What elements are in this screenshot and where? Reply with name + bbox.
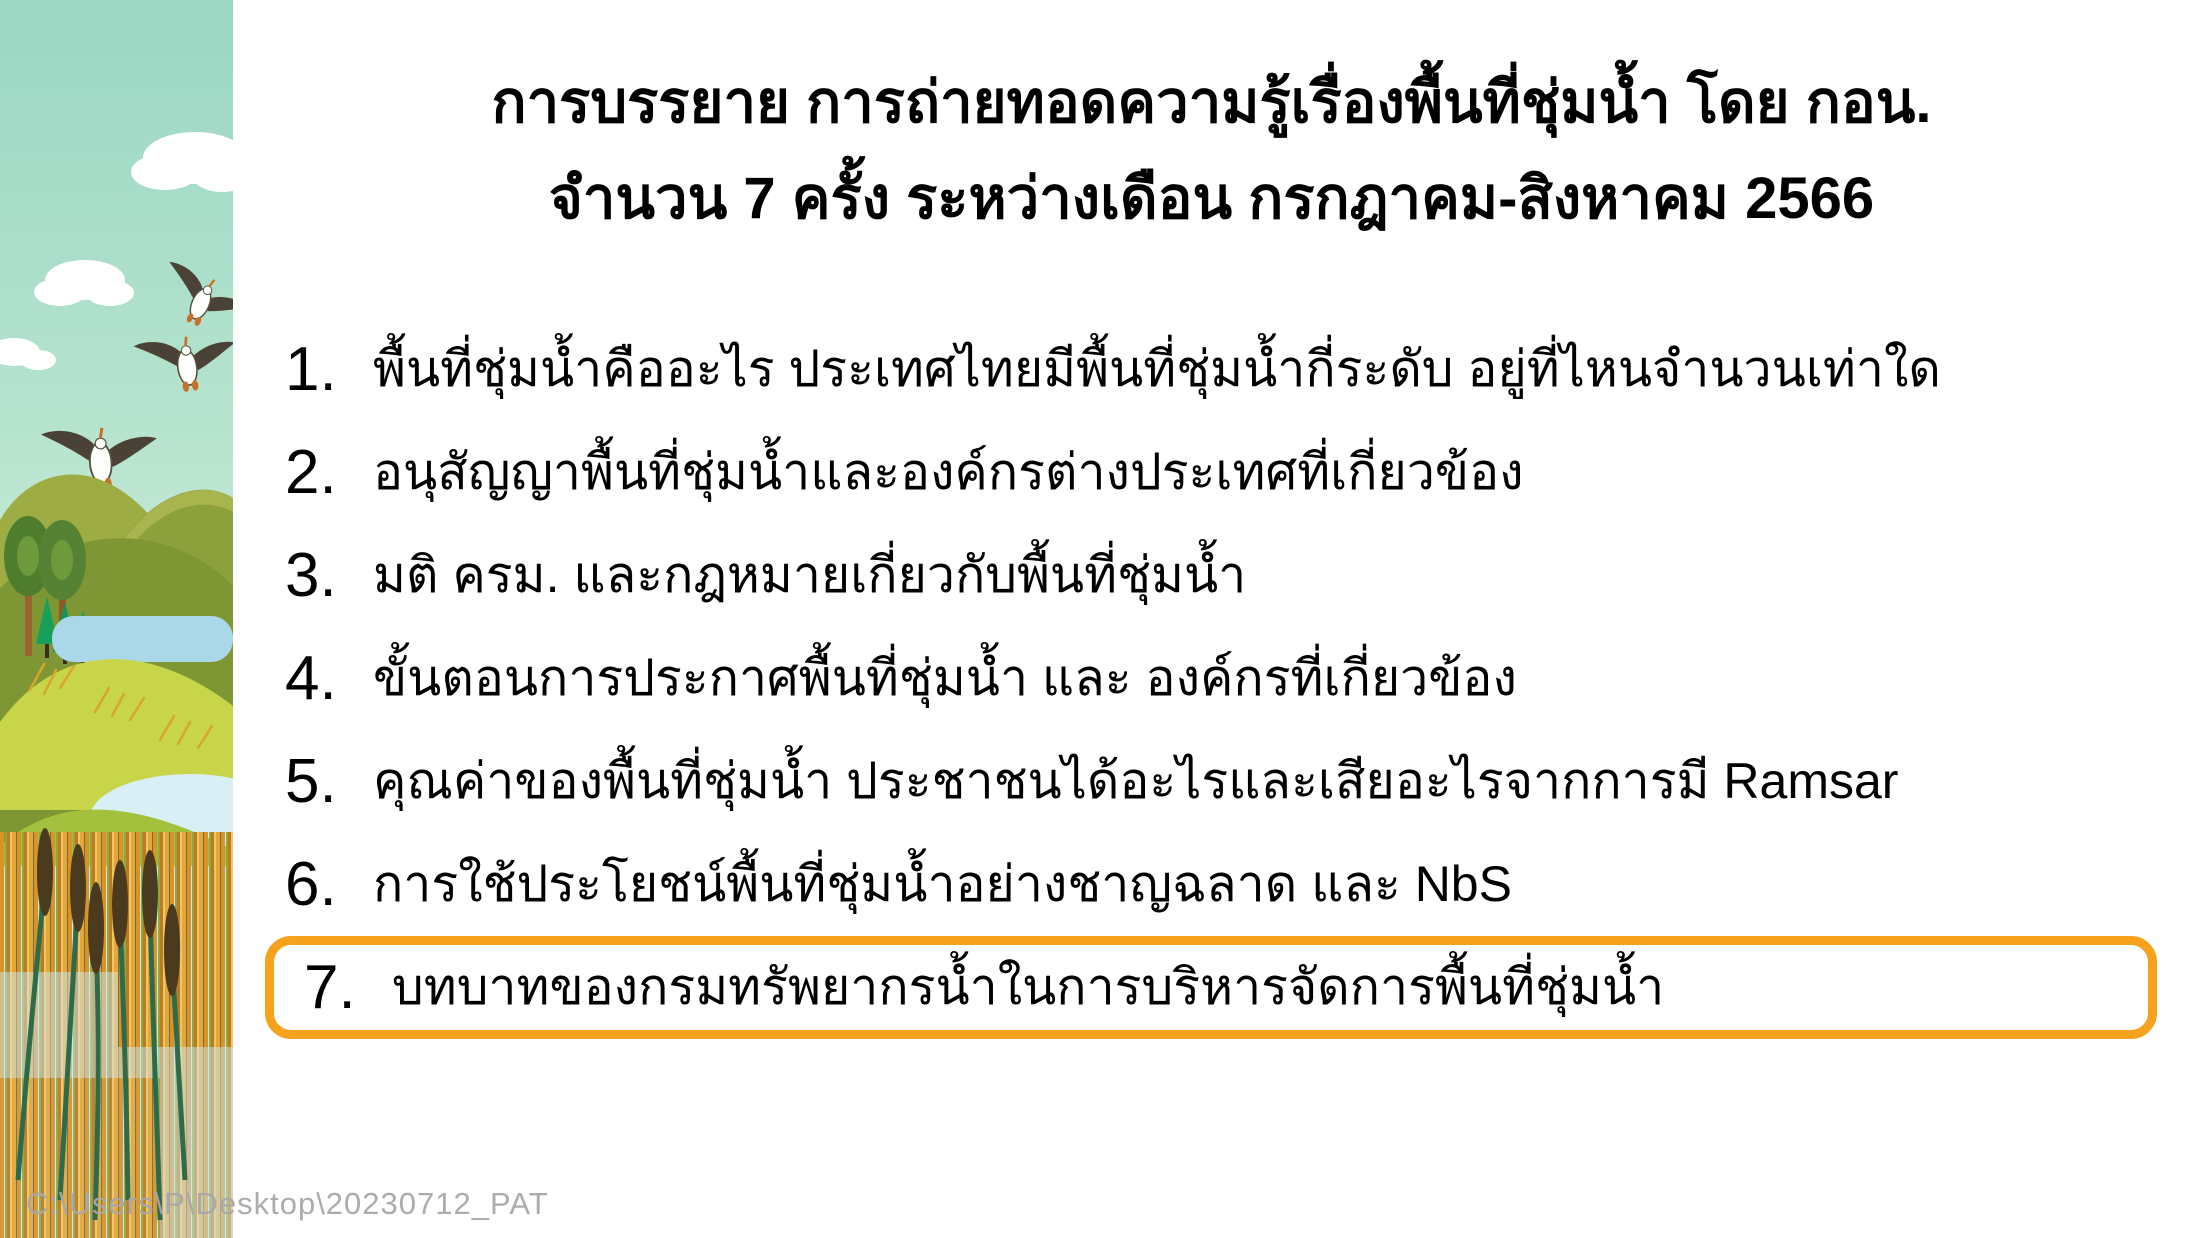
- lake: [52, 616, 233, 662]
- list-item: 3. มติ ครม. และกฎหมายเกี่ยวกับพื้นที่ชุ่…: [285, 524, 2143, 627]
- list-item: 5. คุณค่าของพื้นที่ชุ่มน้ำ ประชาชนได้อะไ…: [285, 730, 2143, 833]
- item-text: พื้นที่ชุ่มน้ำคืออะไร ประเทศไทยมีพื้นที่…: [373, 330, 1941, 409]
- list-item: 2. อนุสัญญาพื้นที่ชุ่มน้ำและองค์กรต่างปร…: [285, 421, 2143, 524]
- item-number: 1.: [285, 334, 373, 405]
- file-path-watermark: C:\Users\P\Desktop\20230712_PAT: [26, 1186, 549, 1222]
- item-number: 3.: [285, 540, 373, 611]
- item-number: 5.: [285, 746, 373, 817]
- list-item: 6. การใช้ประโยชน์พื้นที่ชุ่มน้ำอย่างชาญฉ…: [285, 833, 2143, 936]
- item-number: 6.: [285, 849, 373, 920]
- title-line-1: การบรรยาย การถ่ายทอดความรู้เรื่องพื้นที่…: [233, 55, 2190, 151]
- item-text: บทบาทของกรมทรัพยากรน้ำในการบริหารจัดการพ…: [392, 948, 1664, 1027]
- item-number: 4.: [285, 643, 373, 714]
- wetland-illustration-svg: [0, 0, 233, 1238]
- slide-title: การบรรยาย การถ่ายทอดความรู้เรื่องพื้นที่…: [233, 55, 2190, 247]
- item-number: 7.: [304, 952, 392, 1023]
- wetland-illustration: [0, 0, 233, 1238]
- item-text: ขั้นตอนการประกาศพื้นที่ชุ่มน้ำ และ องค์ก…: [373, 639, 1517, 718]
- list-item-highlighted: 7. บทบาทของกรมทรัพยากรน้ำในการบริหารจัดก…: [265, 936, 2157, 1039]
- list-item: 4. ขั้นตอนการประกาศพื้นที่ชุ่มน้ำ และ อง…: [285, 627, 2143, 730]
- title-line-2: จำนวน 7 ครั้ง ระหว่างเดือน กรกฎาคม-สิงหา…: [233, 151, 2190, 247]
- presentation-slide: การบรรยาย การถ่ายทอดความรู้เรื่องพื้นที่…: [0, 0, 2200, 1238]
- item-text: การใช้ประโยชน์พื้นที่ชุ่มน้ำอย่างชาญฉลาด…: [373, 845, 1512, 924]
- item-text: อนุสัญญาพื้นที่ชุ่มน้ำและองค์กรต่างประเท…: [373, 433, 1524, 512]
- topic-list: 1. พื้นที่ชุ่มน้ำคืออะไร ประเทศไทยมีพื้น…: [285, 318, 2143, 1039]
- list-item: 1. พื้นที่ชุ่มน้ำคืออะไร ประเทศไทยมีพื้น…: [285, 318, 2143, 421]
- item-number: 2.: [285, 437, 373, 508]
- item-text: มติ ครม. และกฎหมายเกี่ยวกับพื้นที่ชุ่มน้…: [373, 536, 1246, 615]
- item-text: คุณค่าของพื้นที่ชุ่มน้ำ ประชาชนได้อะไรแล…: [373, 742, 1898, 821]
